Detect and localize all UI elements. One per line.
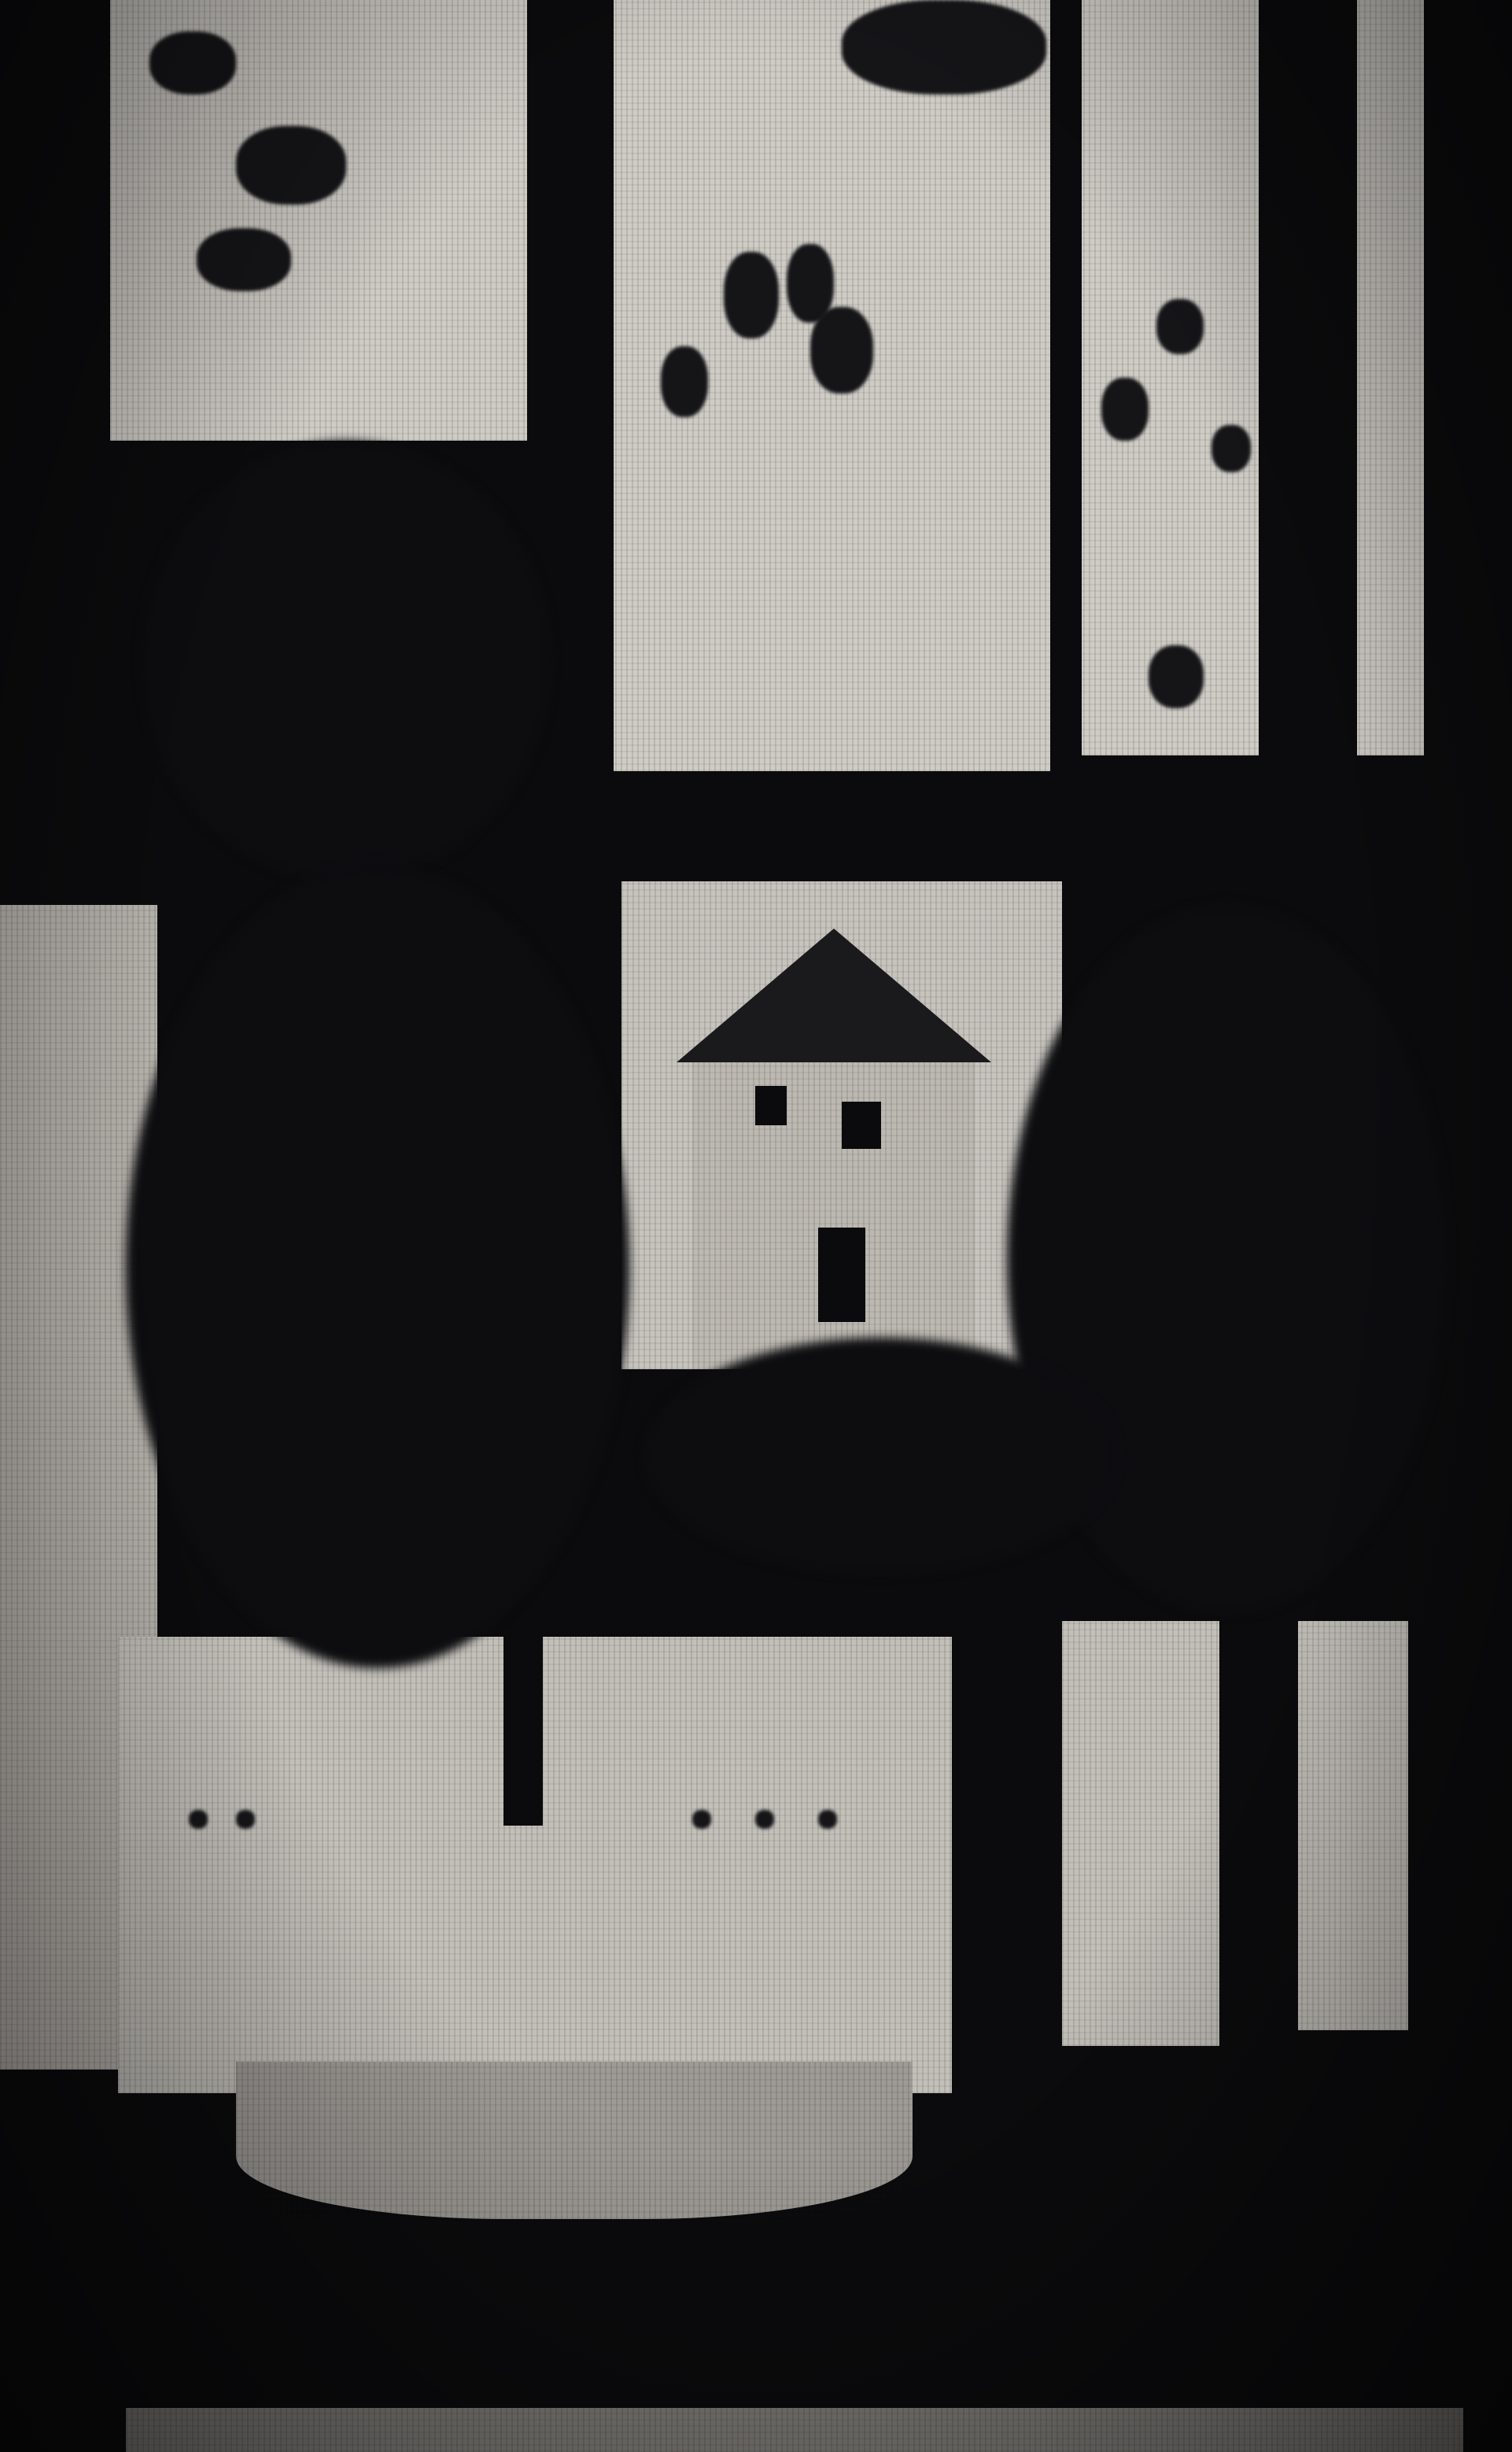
- house-door: [818, 1228, 865, 1322]
- lace-motif: [755, 1810, 774, 1829]
- lace-motif: [661, 346, 708, 417]
- lower-right-lace-1: [1062, 1621, 1219, 2046]
- lace-motif: [810, 307, 873, 393]
- photographic-print: [0, 0, 1512, 2452]
- lace-motif: [1149, 645, 1204, 708]
- lace-motif: [236, 126, 346, 205]
- lace-motif: [1211, 425, 1251, 472]
- house-facade: [692, 1054, 975, 1369]
- lace-motif: [692, 1810, 711, 1829]
- foliage: [645, 1338, 1117, 1574]
- upper-far-right-lace-pane: [1353, 0, 1432, 755]
- window-mullion: [1259, 0, 1357, 771]
- house-roof: [677, 929, 991, 1062]
- foliage: [126, 866, 629, 1668]
- lace-motif: [236, 1810, 255, 1829]
- lace-motif: [189, 1810, 208, 1829]
- lace-motif: [1101, 378, 1149, 441]
- lace-motif: [1156, 299, 1204, 354]
- bottom-edge-light: [126, 2408, 1463, 2452]
- house-window: [842, 1102, 881, 1149]
- window-mullion: [1054, 0, 1082, 771]
- lace-motif: [197, 228, 291, 291]
- sill-light-patch: [236, 2062, 913, 2219]
- upper-right-lace-pane: [1078, 0, 1270, 755]
- lace-motif: [818, 1810, 837, 1829]
- window-mullion: [527, 0, 614, 881]
- foliage: [142, 441, 551, 881]
- lace-motif: [724, 252, 779, 338]
- lace-motif: [842, 0, 1046, 94]
- house-window: [755, 1086, 787, 1125]
- lace-motif: [149, 31, 236, 94]
- left-frame-edge: [0, 0, 110, 771]
- lower-right-lace-2: [1290, 1621, 1408, 2030]
